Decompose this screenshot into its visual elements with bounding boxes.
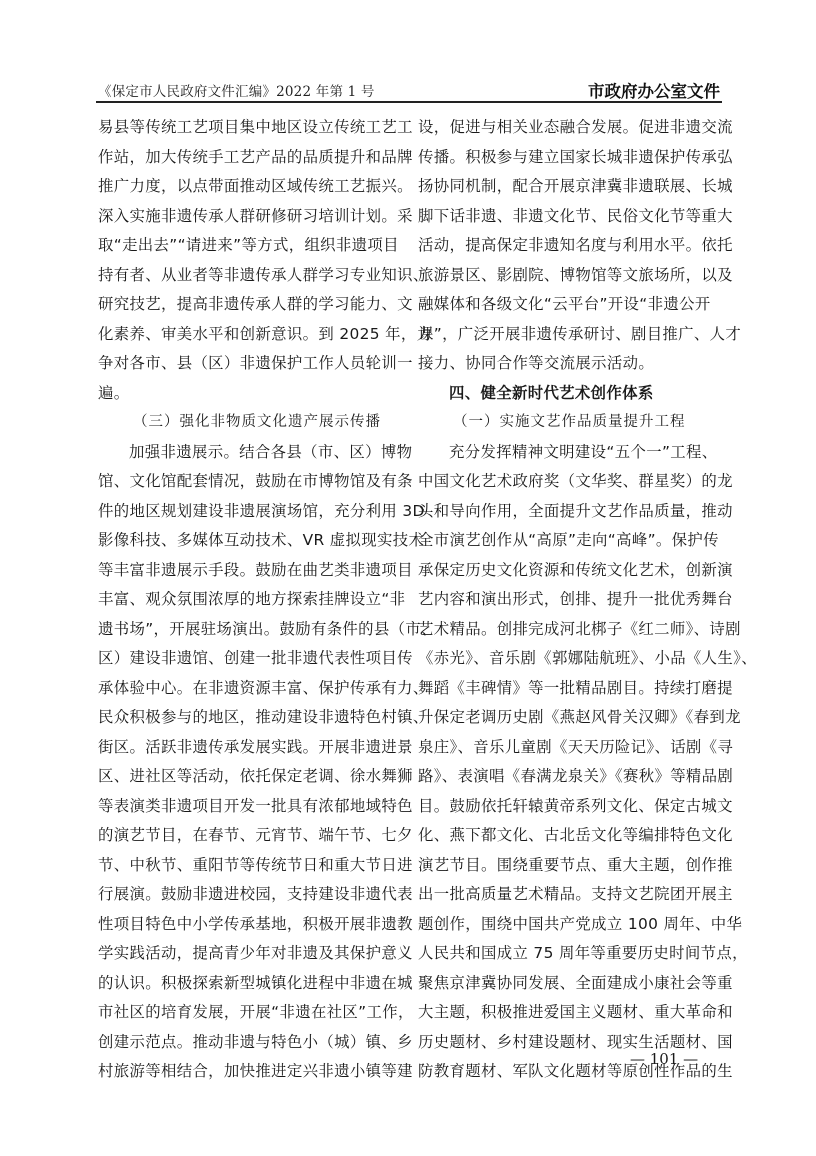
text-line: 课”，广泛开展非遗传承研讨、剧目推广、人才 [418,320,732,350]
text-line: 承保定历史文化资源和传统文化艺术，创新演 [418,556,732,586]
subsection-heading: （一）实施文艺作品质量提升工程 [418,408,732,438]
text-line: 行展演。鼓励非遗进校园，支持建设非遗代表 [98,880,412,910]
text-line: 节、中秋节、重阳节等传统节日和重大节日进 [98,851,412,881]
text-line: 的认识。积极探索新型城镇化进程中非遗在城 [98,969,412,999]
text-line: 加强非遗展示。结合各县（市、区）博物 [98,438,412,468]
text-line: 等表演类非遗项目开发一批具有浓郁地域特色 [98,792,412,822]
text-line: 接力、协同合作等交流展示活动。 [418,349,732,379]
text-line: 活动，提高保定非遗知名度与利用水平。依托 [418,231,732,261]
text-line: 取“走出去”“请进来”等方式，组织非遗项目 [98,231,412,261]
publication-title: 《保定市人民政府文件汇编》2022 年第 1 号 [98,80,375,100]
text-line: 人民共和国成立 75 周年等重要历史时间节点， [418,939,732,969]
text-line: 目。鼓励依托轩辕黄帝系列文化、保定古城文 [418,792,732,822]
subsection-heading: （三）强化非物质文化遗产展示传播 [98,408,412,438]
section-title: 市政府办公室文件 [588,78,720,102]
text-line: 全市演艺创作从“高原”走向“高峰”。保护传 [418,526,732,556]
left-column: 易县等传统工艺项目集中地区设立传统工艺工作站，加大传统手工艺产品的品质提升和品牌… [98,113,412,1087]
page-number: — 101 — [630,1050,698,1068]
text-line: 聚焦京津冀协同发展、全面建成小康社会等重 [418,969,732,999]
text-line: 市社区的培育发展，开展“非遗在社区”工作， [98,998,412,1028]
header-rule [96,101,722,103]
text-line: 件的地区规划建设非遗展演场馆，充分利用 3D [98,497,412,527]
text-line: 丰富、观众氛围浓厚的地方探索挂牌设立“非 [98,585,412,615]
text-line: 化素养、审美水平和创新意识。到 2025 年，力 [98,320,412,350]
text-line: 承体验中心。在非遗资源丰富、保护传承有力、 [98,674,412,704]
text-line: 推广力度，以点带面推动区域传统工艺振兴。 [98,172,412,202]
text-line: 的演艺节目，在春节、元宵节、端午节、七夕 [98,821,412,851]
text-line: 升保定老调历史剧《燕赵风骨关汉卿》《春到龙 [418,703,732,733]
text-line: 深入实施非遗传承人群研修研习培训计划。采 [98,202,412,232]
text-line: 争对各市、县（区）非遗保护工作人员轮训一 [98,349,412,379]
text-line: 扬协同机制，配合开展京津冀非遗联展、长城 [418,172,732,202]
section-heading: 四、健全新时代艺术创作体系 [418,379,732,409]
text-line: 创建示范点。推动非遗与特色小（城）镇、乡 [98,1028,412,1058]
text-line: 艺内容和演出形式，创排、提升一批优秀舞台 [418,585,732,615]
text-line: 泉庄》、音乐儿童剧《天天历险记》、话剧《寻 [418,733,732,763]
text-line: 路》、表演唱《春满龙泉关》《赛秋》等精品剧 [418,762,732,792]
text-line: 作站，加大传统手工艺产品的品质提升和品牌 [98,143,412,173]
text-line: 艺术精品。创排完成河北梆子《红二师》、诗剧 [418,615,732,645]
text-line: 脚下话非遗、非遗文化节、民俗文化节等重大 [418,202,732,232]
text-line: 中国文化艺术政府奖（文华奖、群星奖）的龙 [418,467,732,497]
text-line: 馆、文化馆配套情况，鼓励在市博物馆及有条 [98,467,412,497]
text-line: 《赤光》、音乐剧《郭娜陆航班》、小品《人生》、 [418,644,732,674]
right-column: 设，促进与相关业态融合发展。促进非遗交流传播。积极参与建立国家长城非遗保护传承弘… [418,113,732,1087]
text-line: 设，促进与相关业态融合发展。促进非遗交流 [418,113,732,143]
text-line: 充分发挥精神文明建设“五个一”工程、 [418,438,732,468]
text-line: 舞蹈《丰碑情》等一批精品剧目。持续打磨提 [418,674,732,704]
text-line: 性项目特色中小学传承基地，积极开展非遗教 [98,910,412,940]
text-line: 头和导向作用，全面提升文艺作品质量，推动 [418,497,732,527]
text-line: 街区。活跃非遗传承发展实践。开展非遗进景 [98,733,412,763]
text-line: 出一批高质量艺术精品。支持文艺院团开展主 [418,880,732,910]
text-line: 遗书场”，开展驻场演出。鼓励有条件的县（市、 [98,615,412,645]
text-line: 演艺节目。围绕重要节点、重大主题，创作推 [418,851,732,881]
text-line: 区）建设非遗馆、创建一批非遗代表性项目传 [98,644,412,674]
text-line: 研究技艺，提高非遗传承人群的学习能力、文 [98,290,412,320]
running-header: 《保定市人民政府文件汇编》2022 年第 1 号 市政府办公室文件 [98,78,720,98]
text-line: 等丰富非遗展示手段。鼓励在曲艺类非遗项目 [98,556,412,586]
text-line: 题创作，围绕中国共产党成立 100 周年、中华 [418,910,732,940]
text-line: 易县等传统工艺项目集中地区设立传统工艺工 [98,113,412,143]
text-line: 学实践活动，提高青少年对非遗及其保护意义 [98,939,412,969]
text-line: 遍。 [98,379,412,409]
text-line: 传播。积极参与建立国家长城非遗保护传承弘 [418,143,732,173]
text-line: 持有者、从业者等非遗传承人群学习专业知识、 [98,261,412,291]
text-line: 大主题，积极推进爱国主义题材、重大革命和 [418,998,732,1028]
text-line: 融媒体和各级文化“云平台”开设“非遗公开 [418,290,732,320]
text-line: 民众积极参与的地区，推动建设非遗特色村镇、 [98,703,412,733]
text-line: 村旅游等相结合，加快推进定兴非遗小镇等建 [98,1057,412,1087]
text-line: 区、进社区等活动，依托保定老调、徐水舞狮 [98,762,412,792]
text-line: 化、燕下都文化、古北岳文化等编排特色文化 [418,821,732,851]
text-line: 旅游景区、影剧院、博物馆等文旅场所，以及 [418,261,732,291]
text-line: 影像科技、多媒体互动技术、VR 虚拟现实技术 [98,526,412,556]
